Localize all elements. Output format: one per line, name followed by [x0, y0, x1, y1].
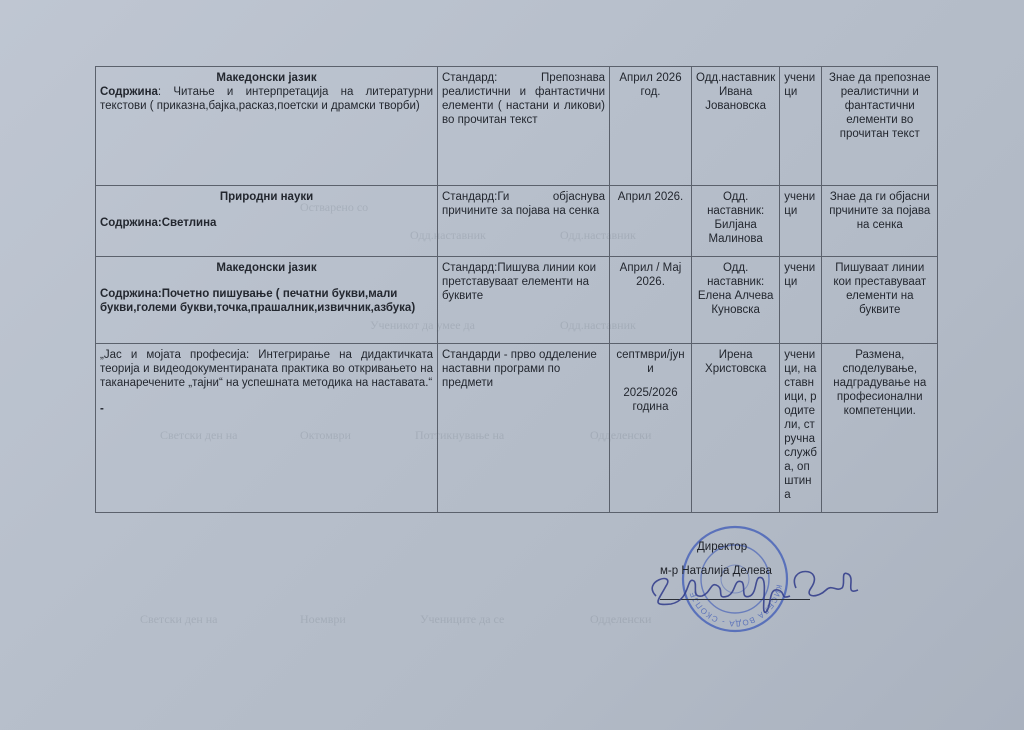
standard-cell: Стандард:Ги објаснува причините за појав…	[438, 186, 610, 257]
outcome-cell: Знае да препознае реалистични и фантасти…	[822, 67, 938, 186]
content-label: Содржина:Светлина	[100, 217, 216, 229]
note-mark: -	[100, 402, 433, 416]
subject-heading: Природни науки	[100, 190, 433, 204]
standard-cell: Стандарди - прво одделение наставни прог…	[438, 344, 610, 513]
signature-icon	[636, 526, 876, 646]
timeline-cell: Април 2026 год.	[610, 67, 692, 186]
content-label: Содржина	[100, 86, 158, 98]
responsible-cell: Одд. наставник: Билјана Малинова	[692, 186, 780, 257]
subject-heading: Македонски јазик	[100, 71, 433, 85]
standard-cell: Стандард: Препознава реалистични и фанта…	[438, 67, 610, 186]
timeline-cell: Април / Мај 2026.	[610, 257, 692, 344]
subject-heading: Македонски јазик	[100, 261, 433, 275]
activity-cell: „Јас и мојата професија: Интегрирање на …	[96, 344, 438, 513]
plan-table: Македонски јазик Содржина: Читање и инте…	[95, 66, 938, 513]
target-cell: ученици	[780, 67, 822, 186]
activity-cell: Македонски јазик Содржина: Читање и инте…	[96, 67, 438, 186]
outcome-cell: Пишуваат линии кои преставуваат елементи…	[822, 257, 938, 344]
timeline-cell: септмври/јуни 2025/2026 година	[610, 344, 692, 513]
table-row: Македонски јазик Содржина: Читање и инте…	[96, 67, 938, 186]
outcome-cell: Знае да ги објасни прчините за појава на…	[822, 186, 938, 257]
activity-cell: Природни науки Содржина:Светлина	[96, 186, 438, 257]
activity-cell: Македонски јазик Содржина:Почетно пишува…	[96, 257, 438, 344]
timeline-cell: Април 2026.	[610, 186, 692, 257]
responsible-cell: Одд. наставник: Елена Алчева Куновска	[692, 257, 780, 344]
table-row: Македонски јазик Содржина:Почетно пишува…	[96, 257, 938, 344]
table-row: Природни науки Содржина:Светлина Стандар…	[96, 186, 938, 257]
target-cell: ученици	[780, 186, 822, 257]
outcome-cell: Размена, споделување, надградување на пр…	[822, 344, 938, 513]
content-text: „Јас и мојата професија: Интегрирање на …	[100, 348, 433, 390]
target-cell: ученици, наставници, родители, стручна с…	[780, 344, 822, 513]
standard-cell: Стандард:Пишува линии кои претставуваат …	[438, 257, 610, 344]
responsible-cell: Ирена Христовска	[692, 344, 780, 513]
content-label: Содржина:Почетно пишување ( печатни букв…	[100, 288, 415, 314]
timeline-year: 2025/2026 година	[614, 386, 687, 414]
table-row: „Јас и мојата професија: Интегрирање на …	[96, 344, 938, 513]
document-page: Остварено со Одд.наставник Одд.наставник…	[0, 0, 1024, 730]
target-cell: ученици	[780, 257, 822, 344]
timeline-months: септмври/јуни	[614, 348, 687, 376]
responsible-cell: Одд.наставник Ивана Јовановска	[692, 67, 780, 186]
